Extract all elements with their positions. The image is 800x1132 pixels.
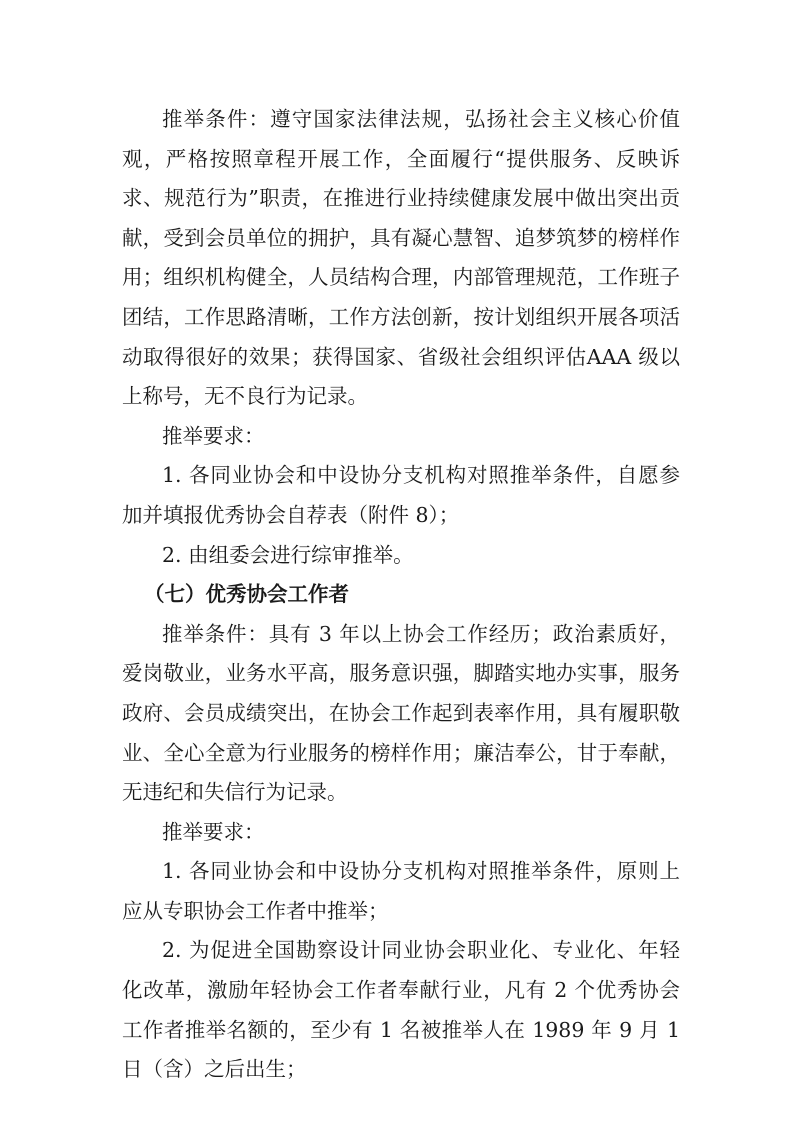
paragraph-requirement-2: 2. 由组委会进行综审推举。 [122,536,680,576]
paragraph-worker-requirement-1: 1. 各同业协会和中设协分支机构对照推举条件，原则上应从专职协会工作者中推举； [122,852,680,931]
paragraph-requirements-label: 推举要求： [122,417,680,457]
paragraph-requirements-label-2: 推举要求： [122,813,680,853]
paragraph-worker-requirement-2: 2. 为促进全国勘察设计同业协会职业化、专业化、年轻化改革，激励年轻协会工作者奉… [122,931,680,1089]
paragraph-criteria-association: 推举条件：遵守国家法律法规，弘扬社会主义核心价值观，严格按照章程开展工作，全面履… [122,100,680,417]
paragraph-criteria-worker: 推举条件：具有 3 年以上协会工作经历；政治素质好，爱岗敬业，业务水平高，服务意… [122,615,680,813]
document-page: 推举条件：遵守国家法律法规，弘扬社会主义核心价值观，严格按照章程开展工作，全面履… [122,100,680,1090]
paragraph-requirement-1: 1. 各同业协会和中设协分支机构对照推举条件，自愿参加并填报优秀协会自荐表（附件… [122,456,680,535]
section-heading: （七）优秀协会工作者 [122,575,680,615]
